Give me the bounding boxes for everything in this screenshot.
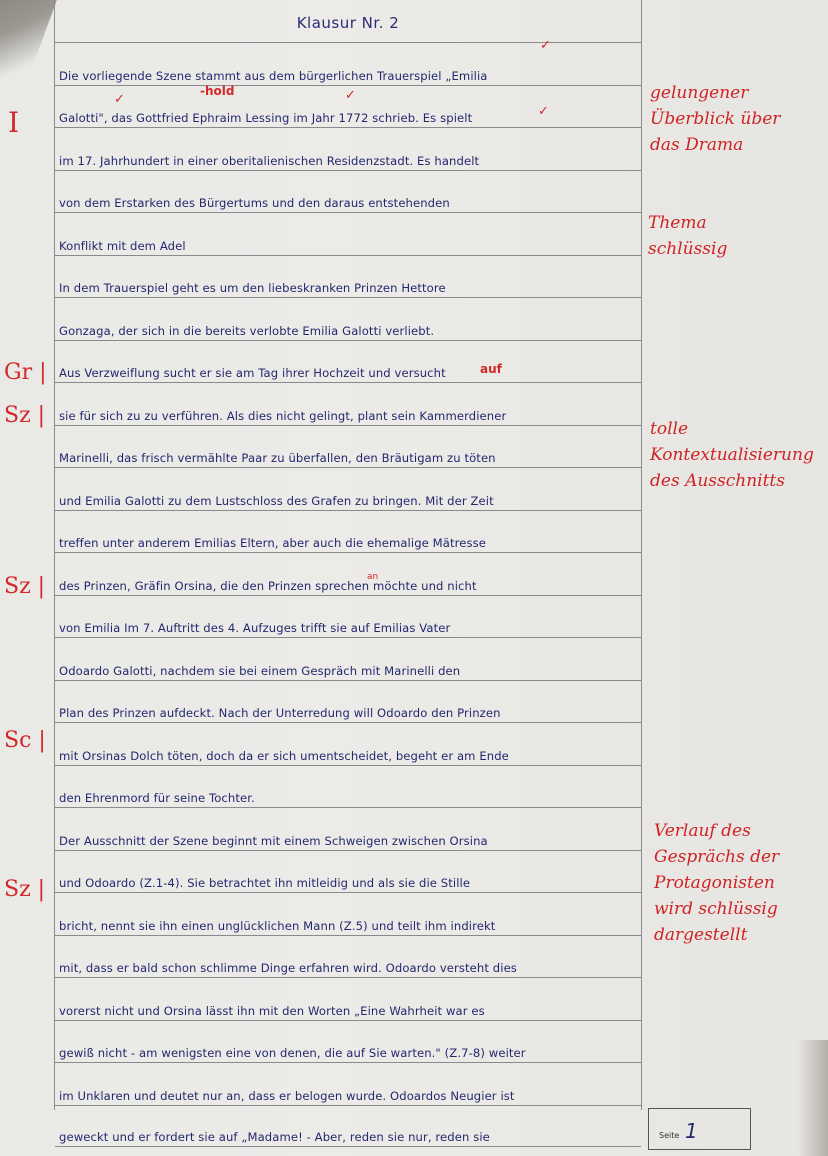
line-text: von Emilia Im 7. Auftritt des 4. Aufzuge… (59, 621, 635, 635)
line-text: Plan des Prinzen aufdeckt. Nach der Unte… (59, 706, 635, 720)
page-number-box: Seite 1 (648, 1108, 751, 1150)
line-text: Odoardo Galotti, nachdem sie bei einem G… (59, 664, 635, 678)
check-mark: ✓ (538, 104, 549, 119)
line-text: und Odoardo (Z.1-4). Sie betrachtet ihn … (59, 876, 635, 890)
correction-an: an (367, 572, 378, 582)
check-mark: ✓ (540, 38, 551, 53)
line-text: Marinelli, das frisch vermählte Paar zu … (59, 451, 635, 465)
text-line: im 17. Jahrhundert in einer oberitalieni… (55, 127, 641, 170)
correction-gotthold: -hold (200, 84, 234, 98)
margin-comment-verlauf: Verlauf des Gesprächs der Protagonisten … (654, 818, 814, 948)
check-mark: ✓ (114, 92, 125, 107)
margin-comment-thema: Thema schlüssig (648, 210, 758, 262)
text-line: In dem Trauerspiel geht es um den liebes… (55, 255, 641, 298)
line-text: von dem Erstarken des Bürgertums und den… (59, 196, 635, 210)
text-line: von Emilia Im 7. Auftritt des 4. Aufzuge… (55, 595, 641, 638)
margin-mark-sz: Sz | (4, 877, 45, 902)
page-label: Seite (659, 1131, 679, 1140)
page-number: 1 (685, 1119, 698, 1143)
line-text: Der Ausschnitt der Szene beginnt mit ein… (59, 834, 635, 848)
line-text: bricht, nennt sie ihn einen unglückliche… (59, 919, 635, 933)
line-text: und Emilia Galotti zu dem Lustschloss de… (59, 494, 635, 508)
text-line: gewiß nicht - am wenigsten eine von dene… (55, 1020, 641, 1063)
margin-mark-gr: Gr | (4, 360, 47, 385)
text-line: bricht, nennt sie ihn einen unglückliche… (55, 892, 641, 935)
margin-comment-overview: gelungener Überblick über das Drama (650, 80, 810, 158)
text-line: Die vorliegende Szene stammt aus dem bür… (55, 42, 641, 85)
text-line: Gonzaga, der sich in die bereits verlobt… (55, 297, 641, 340)
line-text: vorerst nicht und Orsina lässt ihn mit d… (59, 1004, 635, 1018)
document-title: Klausur Nr. 2 (55, 14, 641, 32)
text-line: und Odoardo (Z.1-4). Sie betrachtet ihn … (55, 850, 641, 893)
text-line: vorerst nicht und Orsina lässt ihn mit d… (55, 977, 641, 1020)
text-line: Konflikt mit dem Adel (55, 212, 641, 255)
line-text: geweckt und er fordert sie auf „Madame! … (59, 1130, 635, 1144)
photo-corner-shadow (0, 0, 58, 108)
text-line: geweckt und er fordert sie auf „Madame! … (55, 1105, 641, 1148)
line-text: mit Orsinas Dolch töten, doch da er sich… (59, 749, 635, 763)
text-line: treffen unter anderem Emilias Eltern, ab… (55, 510, 641, 553)
line-text: im 17. Jahrhundert in einer oberitalieni… (59, 154, 635, 168)
line-text: des Prinzen, Gräfin Orsina, die den Prin… (59, 579, 635, 593)
line-text: In dem Trauerspiel geht es um den liebes… (59, 281, 635, 295)
margin-mark-I: I (8, 106, 19, 139)
text-line: Plan des Prinzen aufdeckt. Nach der Unte… (55, 680, 641, 723)
text-line: Der Ausschnitt der Szene beginnt mit ein… (55, 807, 641, 850)
text-line: Odoardo Galotti, nachdem sie bei einem G… (55, 637, 641, 680)
text-line: des Prinzen, Gräfin Orsina, die den Prin… (55, 552, 641, 595)
text-line: von dem Erstarken des Bürgertums und den… (55, 170, 641, 213)
line-text: gewiß nicht - am wenigsten eine von dene… (59, 1046, 635, 1060)
correction-auf: auf (480, 362, 502, 376)
margin-mark-sz: Sz | (4, 403, 45, 428)
ruled-lines: Die vorliegende Szene stammt aus dem bür… (55, 42, 641, 1147)
line-text: mit, dass er bald schon schlimme Dinge e… (59, 961, 635, 975)
line-text: Aus Verzweiflung sucht er sie am Tag ihr… (59, 366, 635, 380)
text-line: mit, dass er bald schon schlimme Dinge e… (55, 935, 641, 978)
line-text: sie für sich zu zu verführen. Als dies n… (59, 409, 635, 423)
line-text: den Ehrenmord für seine Tochter. (59, 791, 635, 805)
margin-comment-kontext: tolle Kontextualisierung des Ausschnitts (650, 416, 820, 494)
margin-mark-sz: Sz | (4, 574, 45, 599)
line-text: Konflikt mit dem Adel (59, 239, 635, 253)
text-line: mit Orsinas Dolch töten, doch da er sich… (55, 722, 641, 765)
text-line: und Emilia Galotti zu dem Lustschloss de… (55, 467, 641, 510)
exam-sheet: Klausur Nr. 2 Die vorliegende Szene stam… (54, 0, 642, 1110)
margin-mark-sc: Sc | (4, 728, 46, 753)
line-text: Gonzaga, der sich in die bereits verlobt… (59, 324, 635, 338)
check-mark: ✓ (345, 88, 356, 103)
line-text: treffen unter anderem Emilias Eltern, ab… (59, 536, 635, 550)
text-line: Marinelli, das frisch vermählte Paar zu … (55, 425, 641, 468)
text-line: den Ehrenmord für seine Tochter. (55, 765, 641, 808)
text-line: sie für sich zu zu verführen. Als dies n… (55, 382, 641, 425)
line-text: Die vorliegende Szene stammt aus dem bür… (59, 69, 635, 83)
text-line: Aus Verzweiflung sucht er sie am Tag ihr… (55, 340, 641, 383)
line-text: im Unklaren und deutet nur an, dass er b… (59, 1089, 635, 1103)
text-line: im Unklaren und deutet nur an, dass er b… (55, 1062, 641, 1105)
photo-edge-shadow (798, 1040, 828, 1156)
